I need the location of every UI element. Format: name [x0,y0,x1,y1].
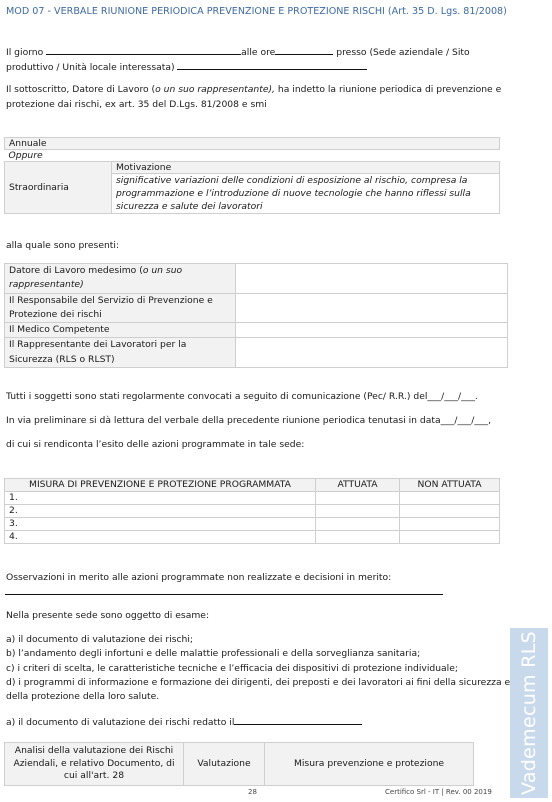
table-row: 3. [5,518,500,531]
oppure-label: Oppure [9,150,43,161]
presente-rls-field[interactable] [236,338,508,368]
list-item: c) i criteri di scelta, le caratteristic… [6,662,510,676]
sottoscritto-text: Il sottoscritto, Datore di Lavoro ( [6,84,155,95]
presente-datore: Datore di Lavoro medesimo (o un suo rapp… [5,264,236,294]
attuata-cell[interactable] [316,492,400,505]
dvr-date-field[interactable] [234,715,362,725]
attuata-cell[interactable] [316,505,400,518]
osservazioni-field[interactable] [5,594,443,595]
sottoscritto-text-2: ha indetto la riunione periodica di prev… [275,84,501,95]
presso-label: presso (Sede aziendale / Sito [336,47,469,58]
sottoscritto-line-2: protezione dai rischi, ex art. 35 del D.… [6,99,267,110]
lettura-line: In via preliminare si dà lettura del ver… [6,415,491,426]
misura-cell[interactable]: 3. [5,518,316,531]
giorno-line: Il giorno alle ore presso (Sede aziendal… [6,45,470,58]
presente-rspp-field[interactable] [236,293,508,323]
non-attuata-cell[interactable] [400,505,500,518]
sottoscritto-line: Il sottoscritto, Datore di Lavoro (o un … [6,84,501,95]
straordinaria-cell[interactable]: Straordinaria [5,162,112,214]
presente-rls: Il Rappresentante dei Lavoratori per la … [5,338,236,368]
ore-field[interactable] [275,45,333,55]
analisi-header-valutazione: Valutazione [184,743,265,786]
table-row: 2. [5,505,500,518]
misura-cell[interactable]: 4. [5,531,316,544]
dvr-label: a) il documento di valutazione dei risch… [6,717,234,728]
osservazioni-label: Osservazioni in merito alle azioni progr… [6,572,391,583]
side-tab-label: Vademecum RLS [518,631,540,795]
non-attuata-cell[interactable] [400,518,500,531]
misure-header-misura: MISURA DI PREVENZIONE E PROTEZIONE PROGR… [5,479,316,492]
presenti-table: Datore di Lavoro medesimo (o un suo rapp… [4,263,508,368]
tipo-riunione-table: Annuale Oppure Straordinaria Motivazione… [4,137,500,214]
list-item: della protezione della loro salute. [6,690,510,704]
rendiconto-line: di cui si rendiconta l’esito delle azion… [6,439,304,450]
non-attuata-cell[interactable] [400,492,500,505]
analisi-header-analisi: Analisi della valutazione dei Rischi Azi… [5,743,184,786]
presso-label-2: produttivo / Unità locale interessata) [6,62,175,73]
presente-rspp: Il Responsabile del Servizio di Prevenzi… [5,293,236,323]
presenti-label: alla quale sono presenti: [6,240,119,251]
presso-line: produttivo / Unità locale interessata) [6,60,367,73]
list-item: d) i programmi di informazione e formazi… [6,676,510,690]
side-tab: Vademecum RLS [510,628,548,798]
footer-revision: Certifico Srl - IT | Rev. 00 2019 [385,788,492,796]
attuata-cell[interactable] [316,531,400,544]
misure-header-non-attuata: NON ATTUATA [400,479,500,492]
sede-field[interactable] [177,60,367,70]
misura-cell[interactable]: 2. [5,505,316,518]
presente-medico-field[interactable] [236,323,508,338]
table-row: 1. [5,492,500,505]
ore-label: alle ore [241,47,275,58]
document-title: MOD 07 - VERBALE RIUNIONE PERIODICA PREV… [6,6,507,17]
misura-cell[interactable]: 1. [5,492,316,505]
page-number: 28 [248,788,257,796]
analisi-table: Analisi della valutazione dei Rischi Azi… [4,742,474,786]
list-item: a) il documento di valutazione dei risch… [6,633,510,647]
list-item: b) l’andamento degli infortuni e delle m… [6,647,510,661]
annuale-cell[interactable]: Annuale [5,138,500,150]
presente-medico: Il Medico Competente [5,323,236,338]
esame-label: Nella presente sede sono oggetto di esam… [6,610,209,621]
motivazione-label: Motivazione [112,162,500,174]
giorno-label: Il giorno [6,47,43,58]
misure-table: MISURA DI PREVENZIONE E PROTEZIONE PROGR… [4,478,500,544]
motivazione-text: significative variazioni delle condizion… [116,175,471,212]
analisi-header-misura: Misura prevenzione e protezione [265,743,474,786]
table-row: 4. [5,531,500,544]
misure-header-attuata: ATTUATA [316,479,400,492]
sottoscritto-italic: o un suo rappresentante), [155,84,275,95]
non-attuata-cell[interactable] [400,531,500,544]
dvr-line: a) il documento di valutazione dei risch… [6,715,362,728]
attuata-cell[interactable] [316,518,400,531]
giorno-field[interactable] [46,45,241,55]
convocazione-line: Tutti i soggetti sono stati regolarmente… [6,391,478,402]
esame-list: a) il documento di valutazione dei risch… [6,633,510,704]
presente-datore-field[interactable] [236,264,508,294]
